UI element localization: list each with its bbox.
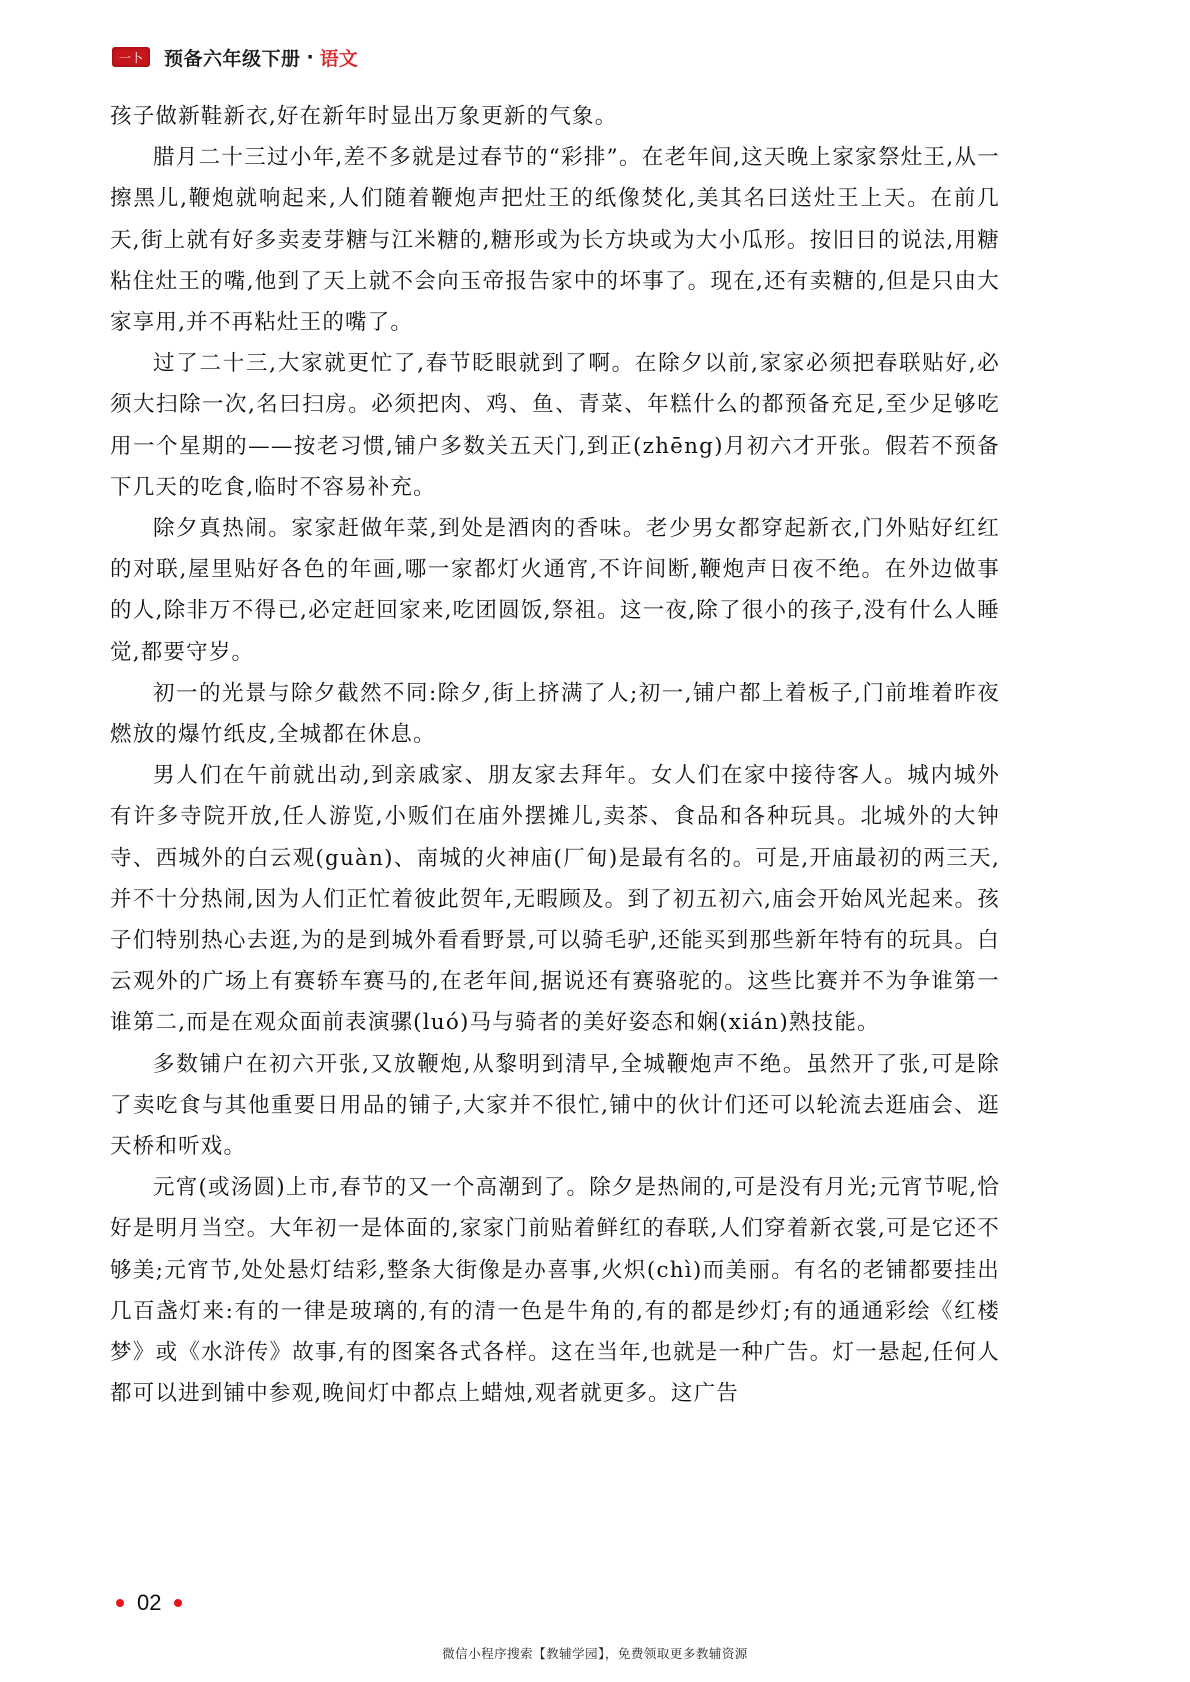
paragraph: 元宵(或汤圆)上市,春节的又一个高潮到了。除夕是热闹的,可是没有月光;元宵节呢,…	[110, 1167, 1000, 1414]
footer-notice: 微信小程序搜索【教辅学园】，免费领取更多教辅资源	[0, 1644, 1190, 1662]
header-separator: ·	[307, 46, 314, 68]
paragraph: 初一的光景与除夕截然不同:除夕,街上挤满了人;初一,铺户都上着板子,门前堆着昨夜…	[110, 673, 1000, 755]
book-title: 预备六年级下册	[164, 44, 301, 71]
page-header: 一卜 预备六年级下册 · 语文	[112, 44, 358, 70]
book-logo-icon: 一卜	[112, 47, 150, 67]
red-dot-icon	[174, 1599, 182, 1607]
paragraph: 孩子做新鞋新衣,好在新年时显出万象更新的气象。	[110, 96, 1000, 137]
red-dot-icon	[116, 1599, 124, 1607]
article-body: 孩子做新鞋新衣,好在新年时显出万象更新的气象。 腊月二十三过小年,差不多就是过春…	[110, 96, 1000, 1415]
paragraph: 除夕真热闹。家家赶做年菜,到处是酒肉的香味。老少男女都穿起新衣,门外贴好红红的对…	[110, 508, 1000, 673]
paragraph: 男人们在午前就出动,到亲戚家、朋友家去拜年。女人们在家中接待客人。城内城外有许多…	[110, 755, 1000, 1043]
page-number: 02	[116, 1590, 182, 1616]
page-number-text: 02	[137, 1590, 161, 1616]
subject-label: 语文	[320, 44, 358, 71]
paragraph: 腊月二十三过小年,差不多就是过春节的“彩排”。在老年间,这天晚上家家祭灶王,从一…	[110, 137, 1000, 343]
paragraph: 多数铺户在初六开张,又放鞭炮,从黎明到清早,全城鞭炮声不绝。虽然开了张,可是除了…	[110, 1044, 1000, 1168]
paragraph: 过了二十三,大家就更忙了,春节眨眼就到了啊。在除夕以前,家家必须把春联贴好,必须…	[110, 343, 1000, 508]
